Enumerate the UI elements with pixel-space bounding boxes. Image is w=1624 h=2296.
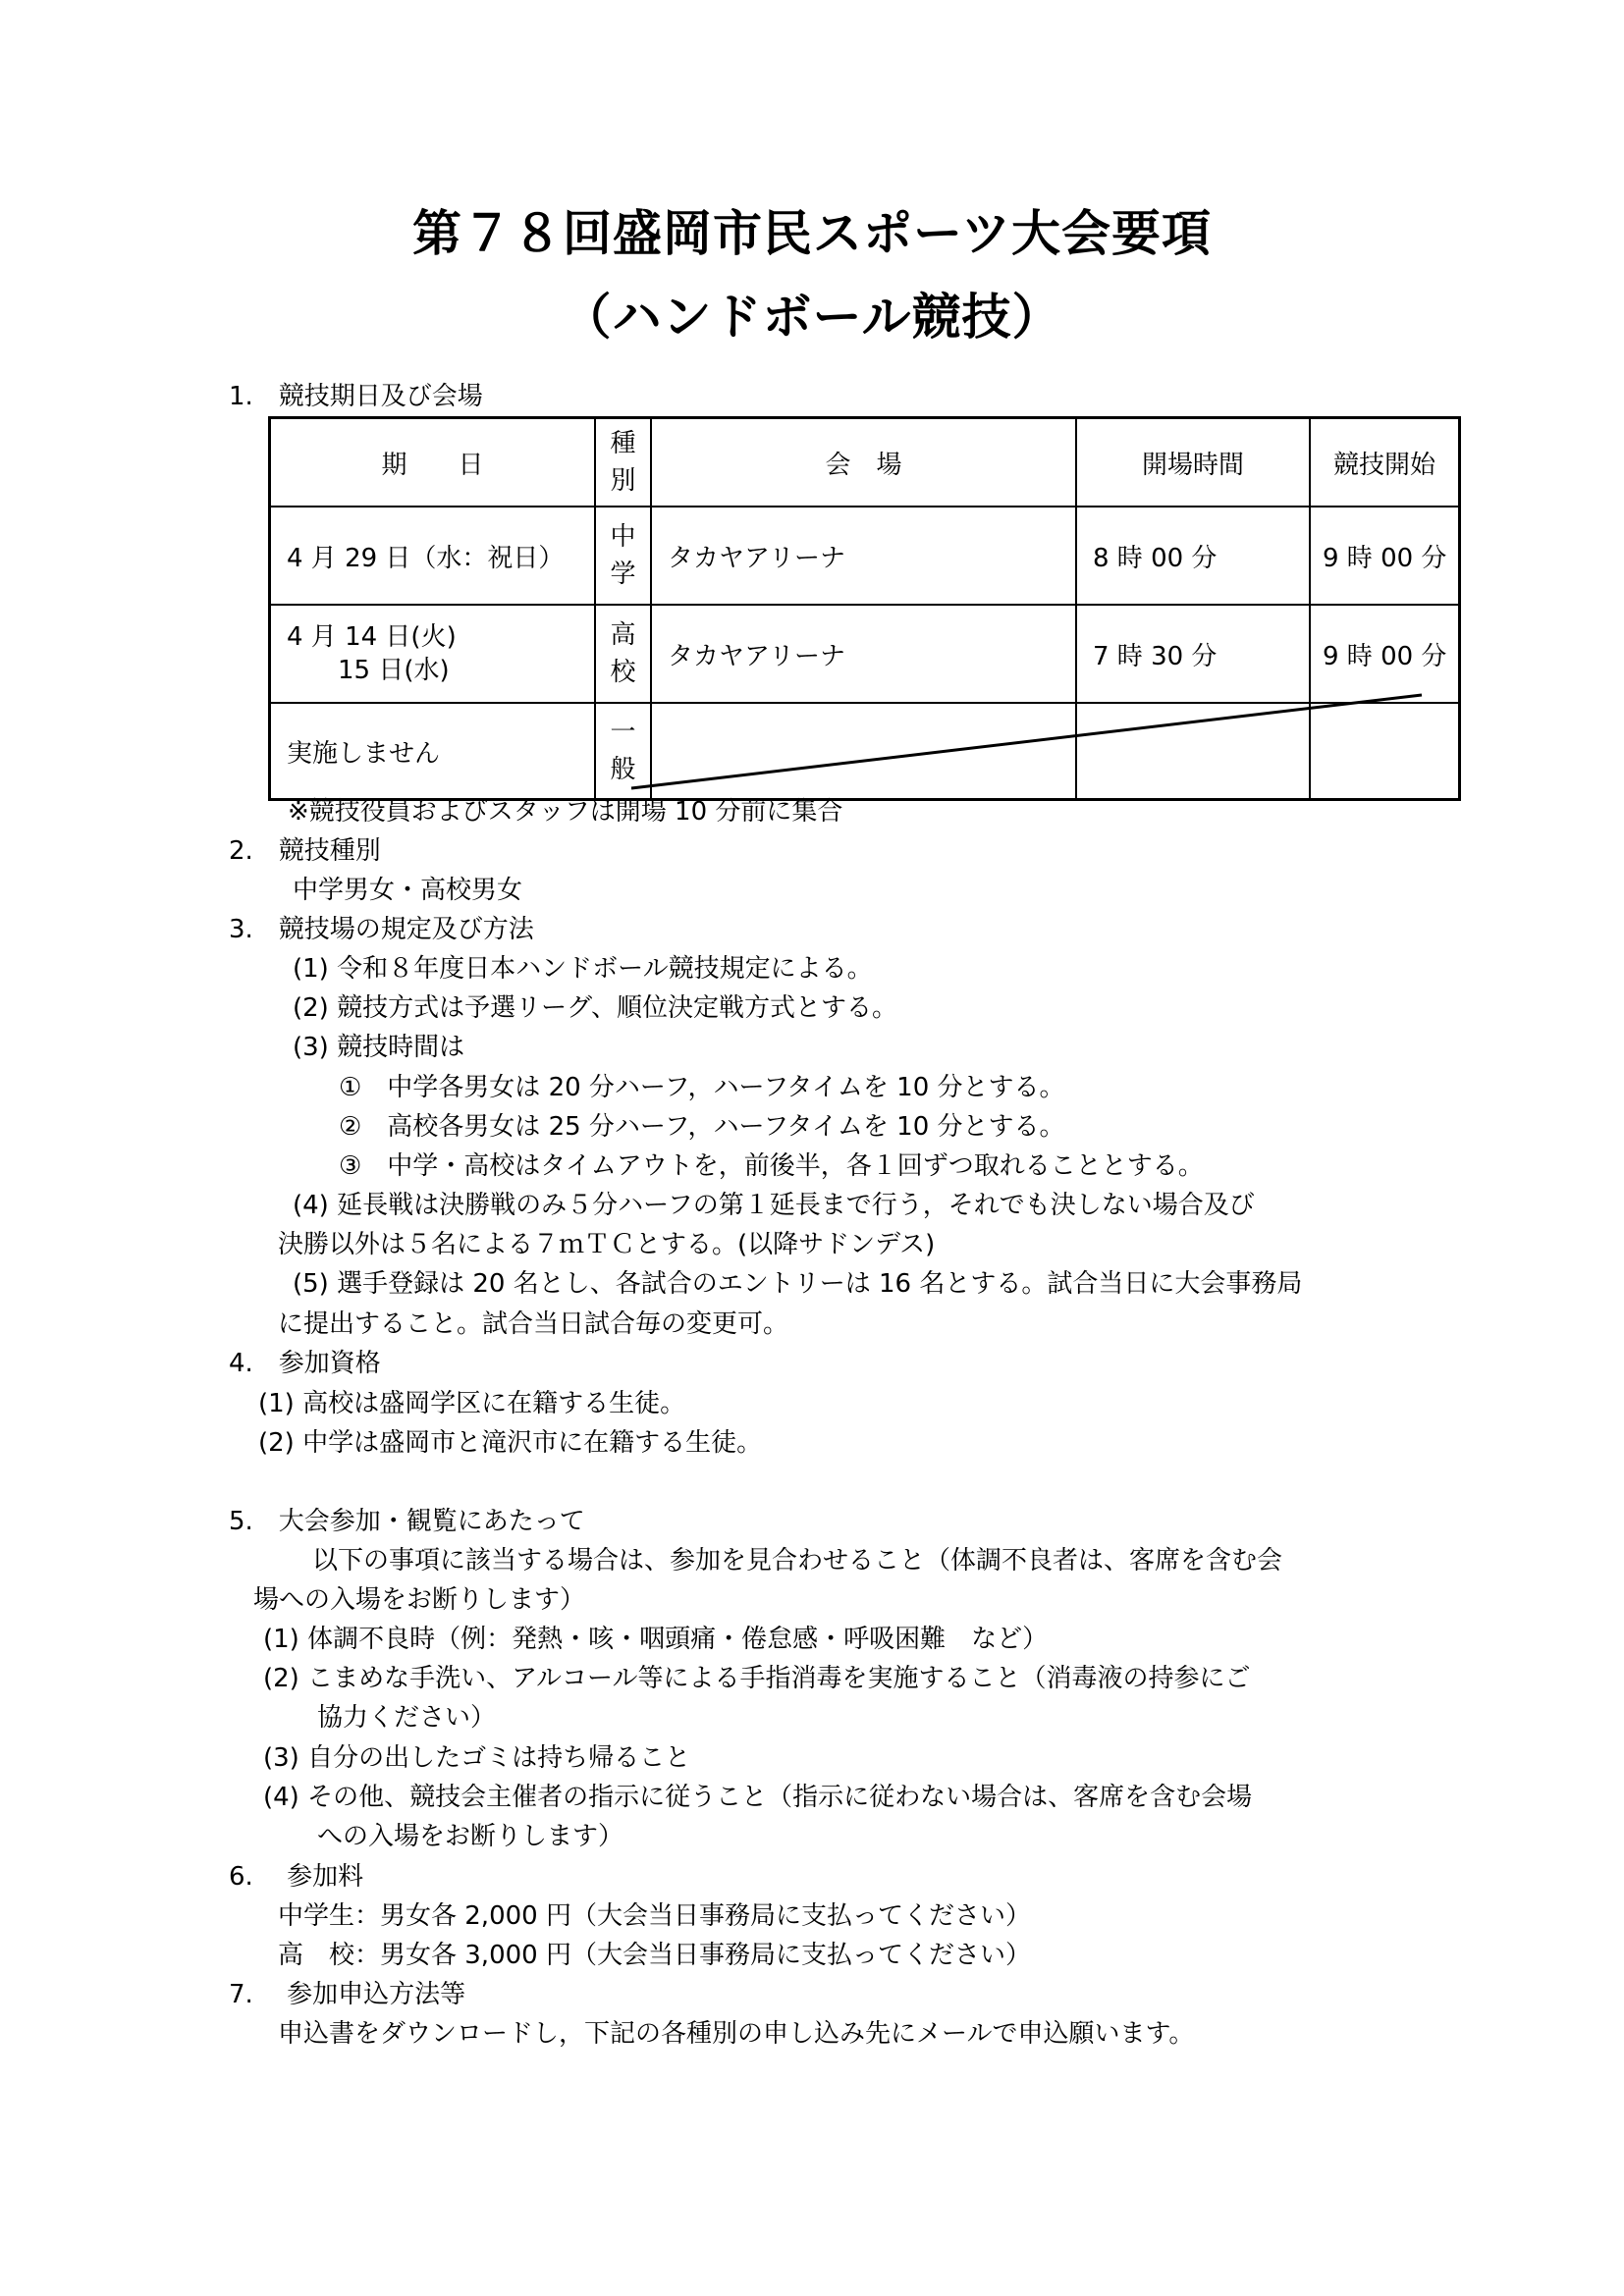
section2-body: 中学男女・高校男女	[293, 875, 522, 906]
section5-intro-cont: 場への入場をお断りします）	[253, 1584, 585, 1616]
section3-item-4: (4) 延長戦は決勝戦のみ５分ハーフの第１延長まで行う，それでも決しない場合及び	[293, 1190, 1255, 1221]
header-venue: 会 場	[651, 418, 1076, 507]
section3-item-4-cont: 決勝以外は５名による７ｍＴＣとする。(以降サドンデス)	[278, 1229, 935, 1260]
section1-note: ※競技役員およびスタッフは開場 10 分前に集合	[288, 796, 842, 828]
section3-item-5: (5) 選手登録は 20 名とし、各試合のエントリーは 16 名とする。試合当日…	[293, 1268, 1302, 1300]
section5-intro: 以下の事項に該当する場合は、参加を見合わせること（体調不良者は、客席を含む会	[312, 1545, 1282, 1576]
section3-item-3: (3) 競技時間は	[293, 1032, 464, 1063]
table-row: 4 月 29 日（水：祝日） 中 学 タカヤアリーナ 8 時 00 分 9 時 …	[270, 507, 1460, 605]
table-header-row: 期 日 種 別 会 場 開場時間 競技開始	[270, 418, 1460, 507]
section5-item-1: (1) 体調不良時（例：発熱・咳・咽頭痛・倦怠感・呼吸困難 など）	[263, 1624, 1048, 1655]
document-subtitle: （ハンドボール競技）	[0, 278, 1624, 348]
cell-open-time: 7 時 30 分	[1076, 605, 1310, 703]
schedule-table: 期 日 種 別 会 場 開場時間 競技開始 4 月 29 日（水：祝日） 中 学…	[268, 416, 1461, 801]
header-date: 期 日	[270, 418, 596, 507]
cell-date: 4 月 14 日(火) 15 日(水)	[270, 605, 596, 703]
section5-heading: 5. 大会参加・観覧にあたって	[229, 1506, 585, 1537]
section4-item-1: (1) 高校は盛岡学区に在籍する生徒。	[258, 1388, 685, 1419]
section5-item-3: (3) 自分の出したゴミは持ち帰ること	[263, 1742, 690, 1774]
table-row: 実施しません 一 般	[270, 703, 1460, 800]
cell-date: 実施しません	[270, 703, 596, 800]
header-open-time: 開場時間	[1076, 418, 1310, 507]
section4-item-2: (2) 中学は盛岡市と滝沢市に在籍する生徒。	[258, 1427, 762, 1459]
section4-heading: 4. 参加資格	[229, 1348, 381, 1379]
section5-item-4: (4) その他、競技会主催者の指示に従うこと（指示に従わない場合は、客席を含む会…	[263, 1782, 1252, 1813]
cell-date: 4 月 29 日（水：祝日）	[270, 507, 596, 605]
fee-high-school: 高 校：男女各 3,000 円（大会当日事務局に支払ってください）	[278, 1940, 1031, 1971]
section7-body: 申込書をダウンロードし，下記の各種別の申し込み先にメールで申込願います。	[278, 2018, 1194, 2050]
section5-item-2: (2) こまめな手洗い、アルコール等による手指消毒を実施すること（消毒液の持参に…	[263, 1663, 1251, 1694]
cell-kind: 一 般	[595, 703, 651, 800]
fee-junior-high: 中学生：男女各 2,000 円（大会当日事務局に支払ってください）	[278, 1900, 1031, 1932]
cell-venue: タカヤアリーナ	[651, 507, 1076, 605]
section2-heading: 2. 競技種別	[229, 835, 381, 867]
cell-start-time: 9 時 00 分	[1310, 507, 1460, 605]
cell-open-time	[1076, 703, 1310, 800]
cell-venue: タカヤアリーナ	[651, 605, 1076, 703]
cell-open-time: 8 時 00 分	[1076, 507, 1310, 605]
cell-kind: 中 学	[595, 507, 651, 605]
header-start-time: 競技開始	[1310, 418, 1460, 507]
section6-heading: 6. 参加料	[229, 1861, 363, 1893]
section1-heading: 1. 競技期日及び会場	[229, 381, 483, 412]
cell-start-time	[1310, 703, 1460, 800]
section3-item-2: (2) 競技方式は予選リーグ、順位決定戦方式とする。	[293, 992, 897, 1024]
section3-heading: 3. 競技場の規定及び方法	[229, 914, 534, 945]
section5-item-2-cont: 協力ください）	[317, 1702, 496, 1734]
section3-subitem-1: ① 中学各男女は 20 分ハーフ，ハーフタイムを 10 分とする。	[339, 1072, 1065, 1103]
table-row: 4 月 14 日(火) 15 日(水) 高 校 タカヤアリーナ 7 時 30 分…	[270, 605, 1460, 703]
section3-item-5-cont: に提出すること。試合当日試合毎の変更可。	[278, 1308, 788, 1340]
header-kind: 種 別	[595, 418, 651, 507]
cell-start-time: 9 時 00 分	[1310, 605, 1460, 703]
section3-subitem-3: ③ 中学・高校はタイムアウトを，前後半，各１回ずつ取れることとする。	[339, 1150, 1204, 1182]
document-title: 第７８回盛岡市民スポーツ大会要項	[0, 194, 1624, 265]
section3-subitem-2: ② 高校各男女は 25 分ハーフ，ハーフタイムを 10 分とする。	[339, 1111, 1065, 1143]
section5-item-4-cont: への入場をお断りします）	[317, 1821, 623, 1852]
cell-venue	[651, 703, 1076, 800]
section7-heading: 7. 参加申込方法等	[229, 1979, 465, 2010]
section3-item-1: (1) 令和８年度日本ハンドボール競技規定による。	[293, 953, 873, 985]
cell-kind: 高 校	[595, 605, 651, 703]
